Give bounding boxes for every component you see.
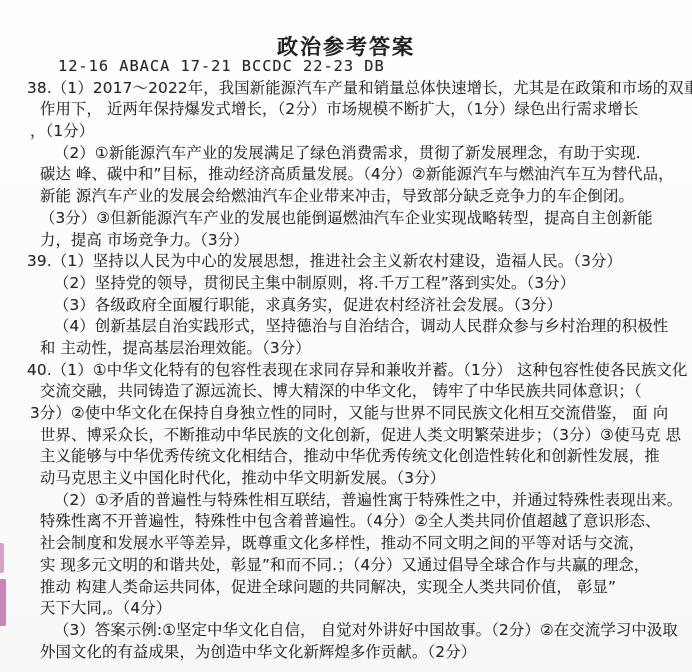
- answer-text-line: 天下大同,。（4分）: [0, 598, 692, 620]
- answer-text-line: 39.（1）坚持以人民为中心的发展思想，推进社会主义新农村建设，造福人民。（3分…: [0, 251, 692, 273]
- answer-text-line: （2）①新能源汽车产业的发展满足了绿色消费需求，贯彻了新发展理念，有助于实现.: [0, 143, 692, 165]
- answer-text-line: 作用下， 近两年保持爆发式增长，（2分）市场规模不断扩大，（1分）绿色出行需求增…: [0, 99, 692, 121]
- answer-text-line: 40.（1）①中华文化特有的包容性表现在求同存异和兼收并蓄。（1分） 这种包容性…: [0, 360, 692, 382]
- answer-text-line: （4）创新基层自治实践形式，坚持德治与自治结合，调动人民群众参与乡村治理的积极性: [0, 316, 692, 338]
- answer-text-line: （2）①矛盾的普遍性与特殊性相互联结，普遍性寓于特殊性之中，并通过特殊性表现出来…: [0, 490, 692, 512]
- answer-text-line: 外国文化的有益成果，为创造中华文化新辉煌多作贡献。（2分）: [0, 642, 692, 664]
- answer-text-line: （2）坚持党的领导，贯彻民主集中制原则，将.千万工程”落到实处。（3分）: [0, 273, 692, 295]
- answer-text-line: 力，提高 市场竞争力。（3分）: [0, 230, 692, 252]
- answer-text-line: 推动 构建人类命运共同体，促进全球问题的共同解决，实现全人类共同价值， 彰显”: [0, 577, 692, 599]
- answer-text-line: 和 主动性，提高基层治理效能。（3分）: [0, 338, 692, 360]
- answer-text-line: 主义能够与中华优秀传统文化相结合，推动中华优秀传统文化创造性转化和创新性发展，推: [0, 446, 692, 468]
- answer-text-line: 动马克思主义中国化时代化，推动中华文明新发展。（3分）: [0, 468, 692, 490]
- answer-text-line: （3）答案示例:①坚定中华文化自信， 自觉对外讲好中国故事。（2分）②在交流学习…: [0, 620, 692, 642]
- answer-text-line: 新能 源汽车产业的发展会给燃油汽车企业带来冲击，导致部分缺乏竞争力的车企倒闭。: [0, 186, 692, 208]
- answer-lines: 12-16 ABACA 17-21 BCCDC 22-23 DB38.（1）20…: [0, 56, 692, 663]
- answer-text-line: （3分）③但新能源汽车产业的发展也能倒逼燃油汽车企业实现战略转型，提高自主创新能: [0, 208, 692, 230]
- answer-text-line: 3分）②使中华文化在保持自身独立性的同时，又能与世界不同民族文化相互交流借鉴， …: [0, 403, 692, 425]
- answer-text-line: ，（1分）: [0, 121, 692, 143]
- answer-text-line: 交流交融，共同铸造了源远流长、博大精深的中华文化， 铸牢了中华民族共同体意识；（: [0, 381, 692, 403]
- answer-text-line: （3）各级政府全面履行职能，求真务实，促进农村经济社会发展。（3分）: [0, 295, 692, 317]
- pink-scan-mark: [0, 579, 6, 626]
- choice-answer-key-line: 12-16 ABACA 17-21 BCCDC 22-23 DB: [0, 56, 692, 78]
- answer-text-line: 实 现多元文明的和谐共处，彰显”和而不同.；（4分）又通过倡导全球合作与共赢的理…: [0, 555, 692, 577]
- answer-text-line: 特殊性离不开普遍性，特殊性中包含着普遍性。（4分）②全人类共同价值超越了意识形态…: [0, 511, 692, 533]
- answer-text-line: 碳达 峰、碳中和”目标，推动经济高质量发展。（4分）②新能源汽车与燃油汽车互为替…: [0, 164, 692, 186]
- pink-scan-mark: [0, 543, 4, 573]
- answer-text-line: 社会制度和发展水平等差异，既尊重文化多样性，推动不同文明之间的平等对话与交流，: [0, 533, 692, 555]
- answer-text-line: 世界、博采众长，不断推动中华民族的文化创新，促进人类文明繁荣进步；（3分）③使马…: [0, 425, 692, 447]
- scanned-answer-sheet: 政治参考答案 12-16 ABACA 17-21 BCCDC 22-23 DB3…: [0, 0, 692, 672]
- answer-text-line: 38.（1）2017～2022年，我国新能源汽车产量和销量总体快速增长，尤其是在…: [0, 78, 692, 100]
